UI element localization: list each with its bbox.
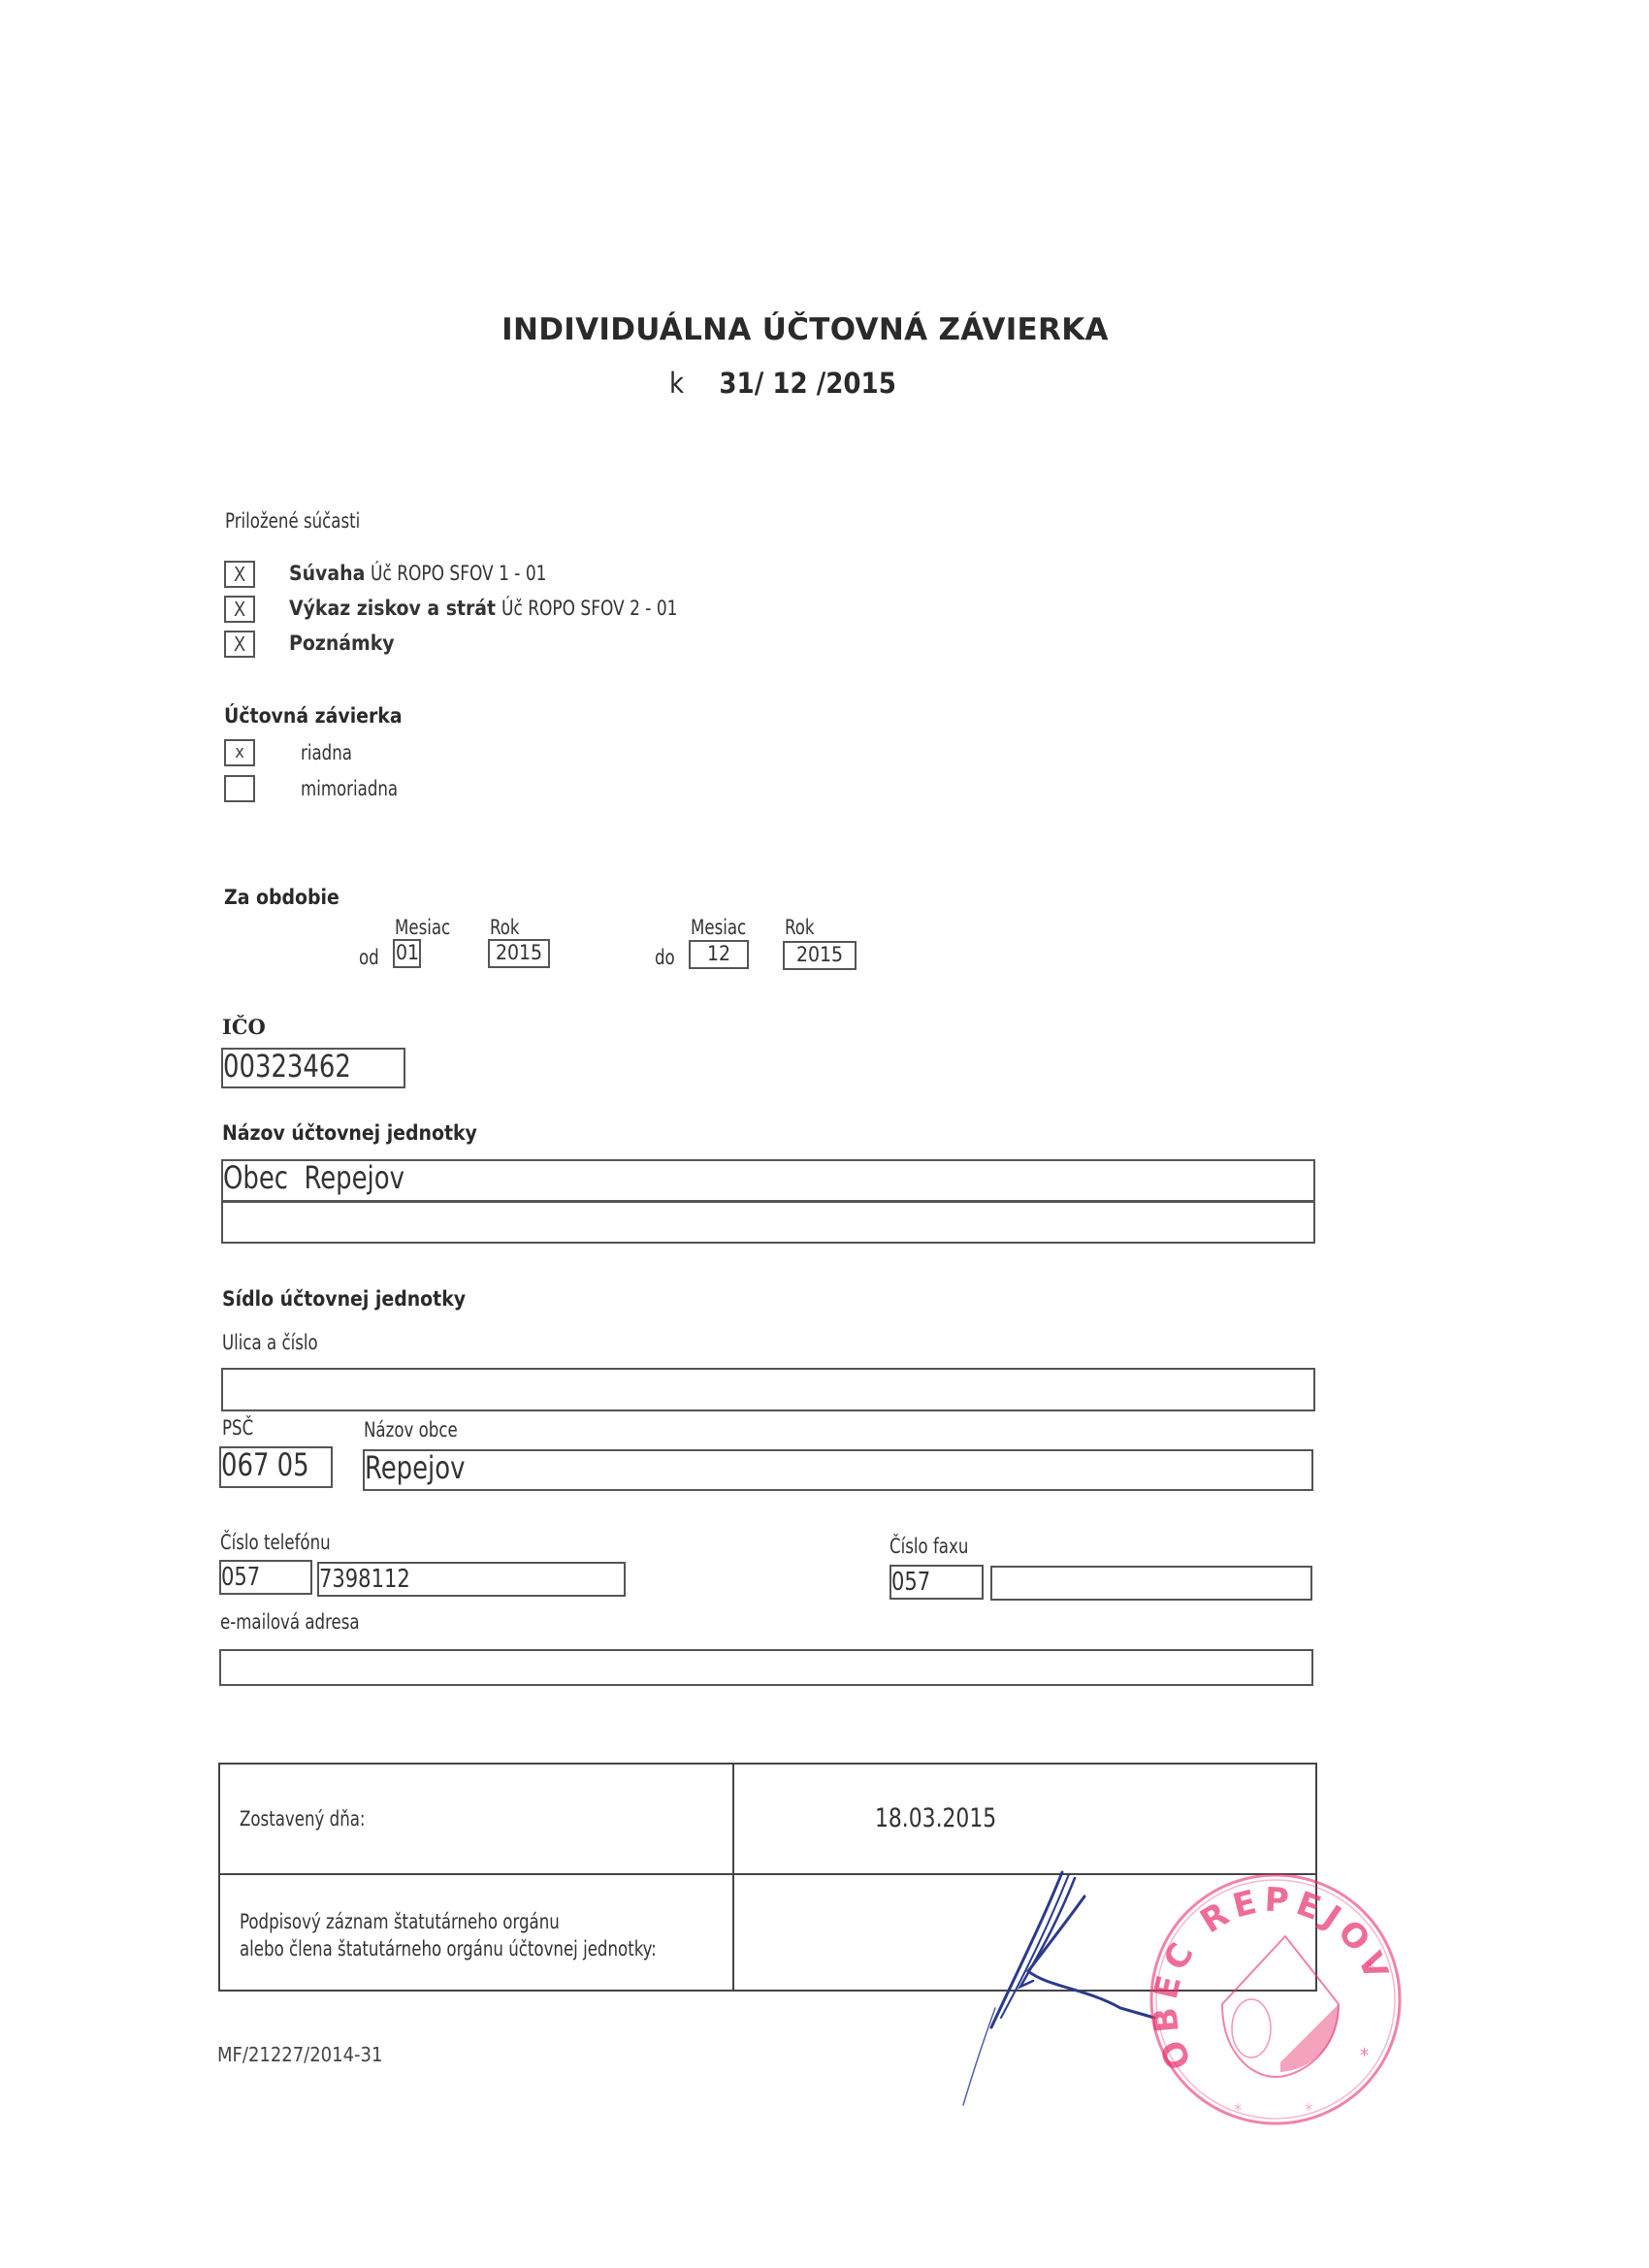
street-label: Ulica a číslo [222,1331,318,1354]
attachment-item-suvaha: Súvaha Úč ROPO SFOV 1 - 01 [289,562,566,585]
attachment-code: Úč ROPO SFOV 2 - 01 [501,597,677,620]
street-field[interactable] [221,1368,1315,1411]
table-divider-vertical [732,1765,734,1990]
city-label: Názov obce [364,1418,458,1442]
psc-value: 067 05 [221,1448,309,1481]
period-from-year-field[interactable]: 2015 [488,939,550,968]
statement-type-mimoriadna-label: mimoriadna [301,777,398,800]
statement-type-checkbox-riadna[interactable]: x [224,739,255,766]
attachment-checkbox-poznamky[interactable]: X [224,631,255,658]
period-to-month-label: Mesiac [691,916,746,939]
ico-value: 00323462 [223,1050,351,1083]
attachment-checkbox-suvaha[interactable]: X [224,561,255,588]
entity-name-label: Názov účtovnej jednotky [222,1121,477,1145]
phone-number-value: 7398112 [319,1564,410,1595]
signature-label-line1: Podpisový záznam štatutárneho orgánu [240,1910,560,1933]
address-label: Sídlo účtovnej jednotky [222,1287,466,1311]
period-from-month-field[interactable]: 01 [393,939,421,968]
phone-prefix-value: 057 [221,1562,260,1593]
city-field[interactable]: Repejov [363,1449,1313,1491]
fax-prefix-value: 057 [891,1567,930,1598]
date-prefix: k [669,367,684,400]
attachment-name: Výkaz ziskov a strát [289,597,496,620]
phone-number-field[interactable]: 7398112 [317,1562,626,1597]
email-label: e-mailová adresa [220,1610,360,1634]
period-to-year-field[interactable]: 2015 [783,941,857,970]
period-from-label: od [359,946,379,969]
period-to-year-label: Rok [785,916,815,939]
fax-label: Číslo faxu [889,1535,968,1558]
phone-prefix-field[interactable]: 057 [219,1560,312,1595]
city-value: Repejov [365,1451,465,1484]
svg-text:*: * [1366,1957,1374,1980]
compiled-date-label: Zostavený dňa: [240,1807,366,1831]
entity-name-line1-field[interactable]: Obec Repejov [221,1159,1315,1202]
psc-field[interactable]: 067 05 [219,1446,333,1488]
entity-name-value: Obec Repejov [223,1161,404,1194]
date-value: 31/ 12 /2015 [719,367,895,400]
period-to-month-field[interactable]: 12 [689,940,749,969]
attachments-label: Priložené súčasti [225,509,360,533]
statement-type-riadna-label: riadna [301,741,352,764]
svg-text:*: * [1305,2100,1312,2121]
ico-field[interactable]: 00323462 [221,1048,405,1088]
attachment-item-poznamky: Poznámky [289,632,395,655]
attachment-code: Úč ROPO SFOV 1 - 01 [371,562,546,585]
document-date: k 31/ 12 /2015 [669,367,896,400]
svg-text:*: * [1360,2044,1369,2067]
statement-type-checkbox-mimoriadna[interactable] [224,775,255,802]
attachment-checkbox-vykaz[interactable]: X [224,596,255,623]
attachment-name: Poznámky [289,632,395,655]
svg-text:*: * [1234,2100,1242,2121]
document-title: INDIVIDUÁLNA ÚČTOVNÁ ZÁVIERKA [0,312,1610,347]
form-code: MF/21227/2014-31 [217,2043,382,2066]
attachment-name: Súvaha [289,562,365,585]
fax-number-field[interactable] [990,1566,1312,1601]
email-field[interactable] [219,1649,1313,1686]
period-label: Za obdobie [224,886,339,909]
period-from-year-label: Rok [490,916,520,939]
statement-type-label: Účtovná závierka [224,704,403,728]
official-stamp: OBEC REPEJOV * * * * [1145,1868,1406,2130]
fax-prefix-field[interactable]: 057 [889,1565,984,1600]
signature-label-line2: alebo člena štatutárneho orgánu účtovnej… [240,1937,657,1960]
compiled-date-value: 18.03.2015 [875,1803,996,1833]
entity-name-line2-field[interactable] [221,1201,1315,1244]
attachment-item-vykaz: Výkaz ziskov a strát Úč ROPO SFOV 2 - 01 [289,597,697,620]
period-from-month-label: Mesiac [395,916,450,939]
psc-label: PSČ [222,1416,253,1440]
period-to-label: do [655,946,675,969]
ico-label: IČO [222,1015,266,1039]
phone-label: Číslo telefónu [220,1531,331,1554]
